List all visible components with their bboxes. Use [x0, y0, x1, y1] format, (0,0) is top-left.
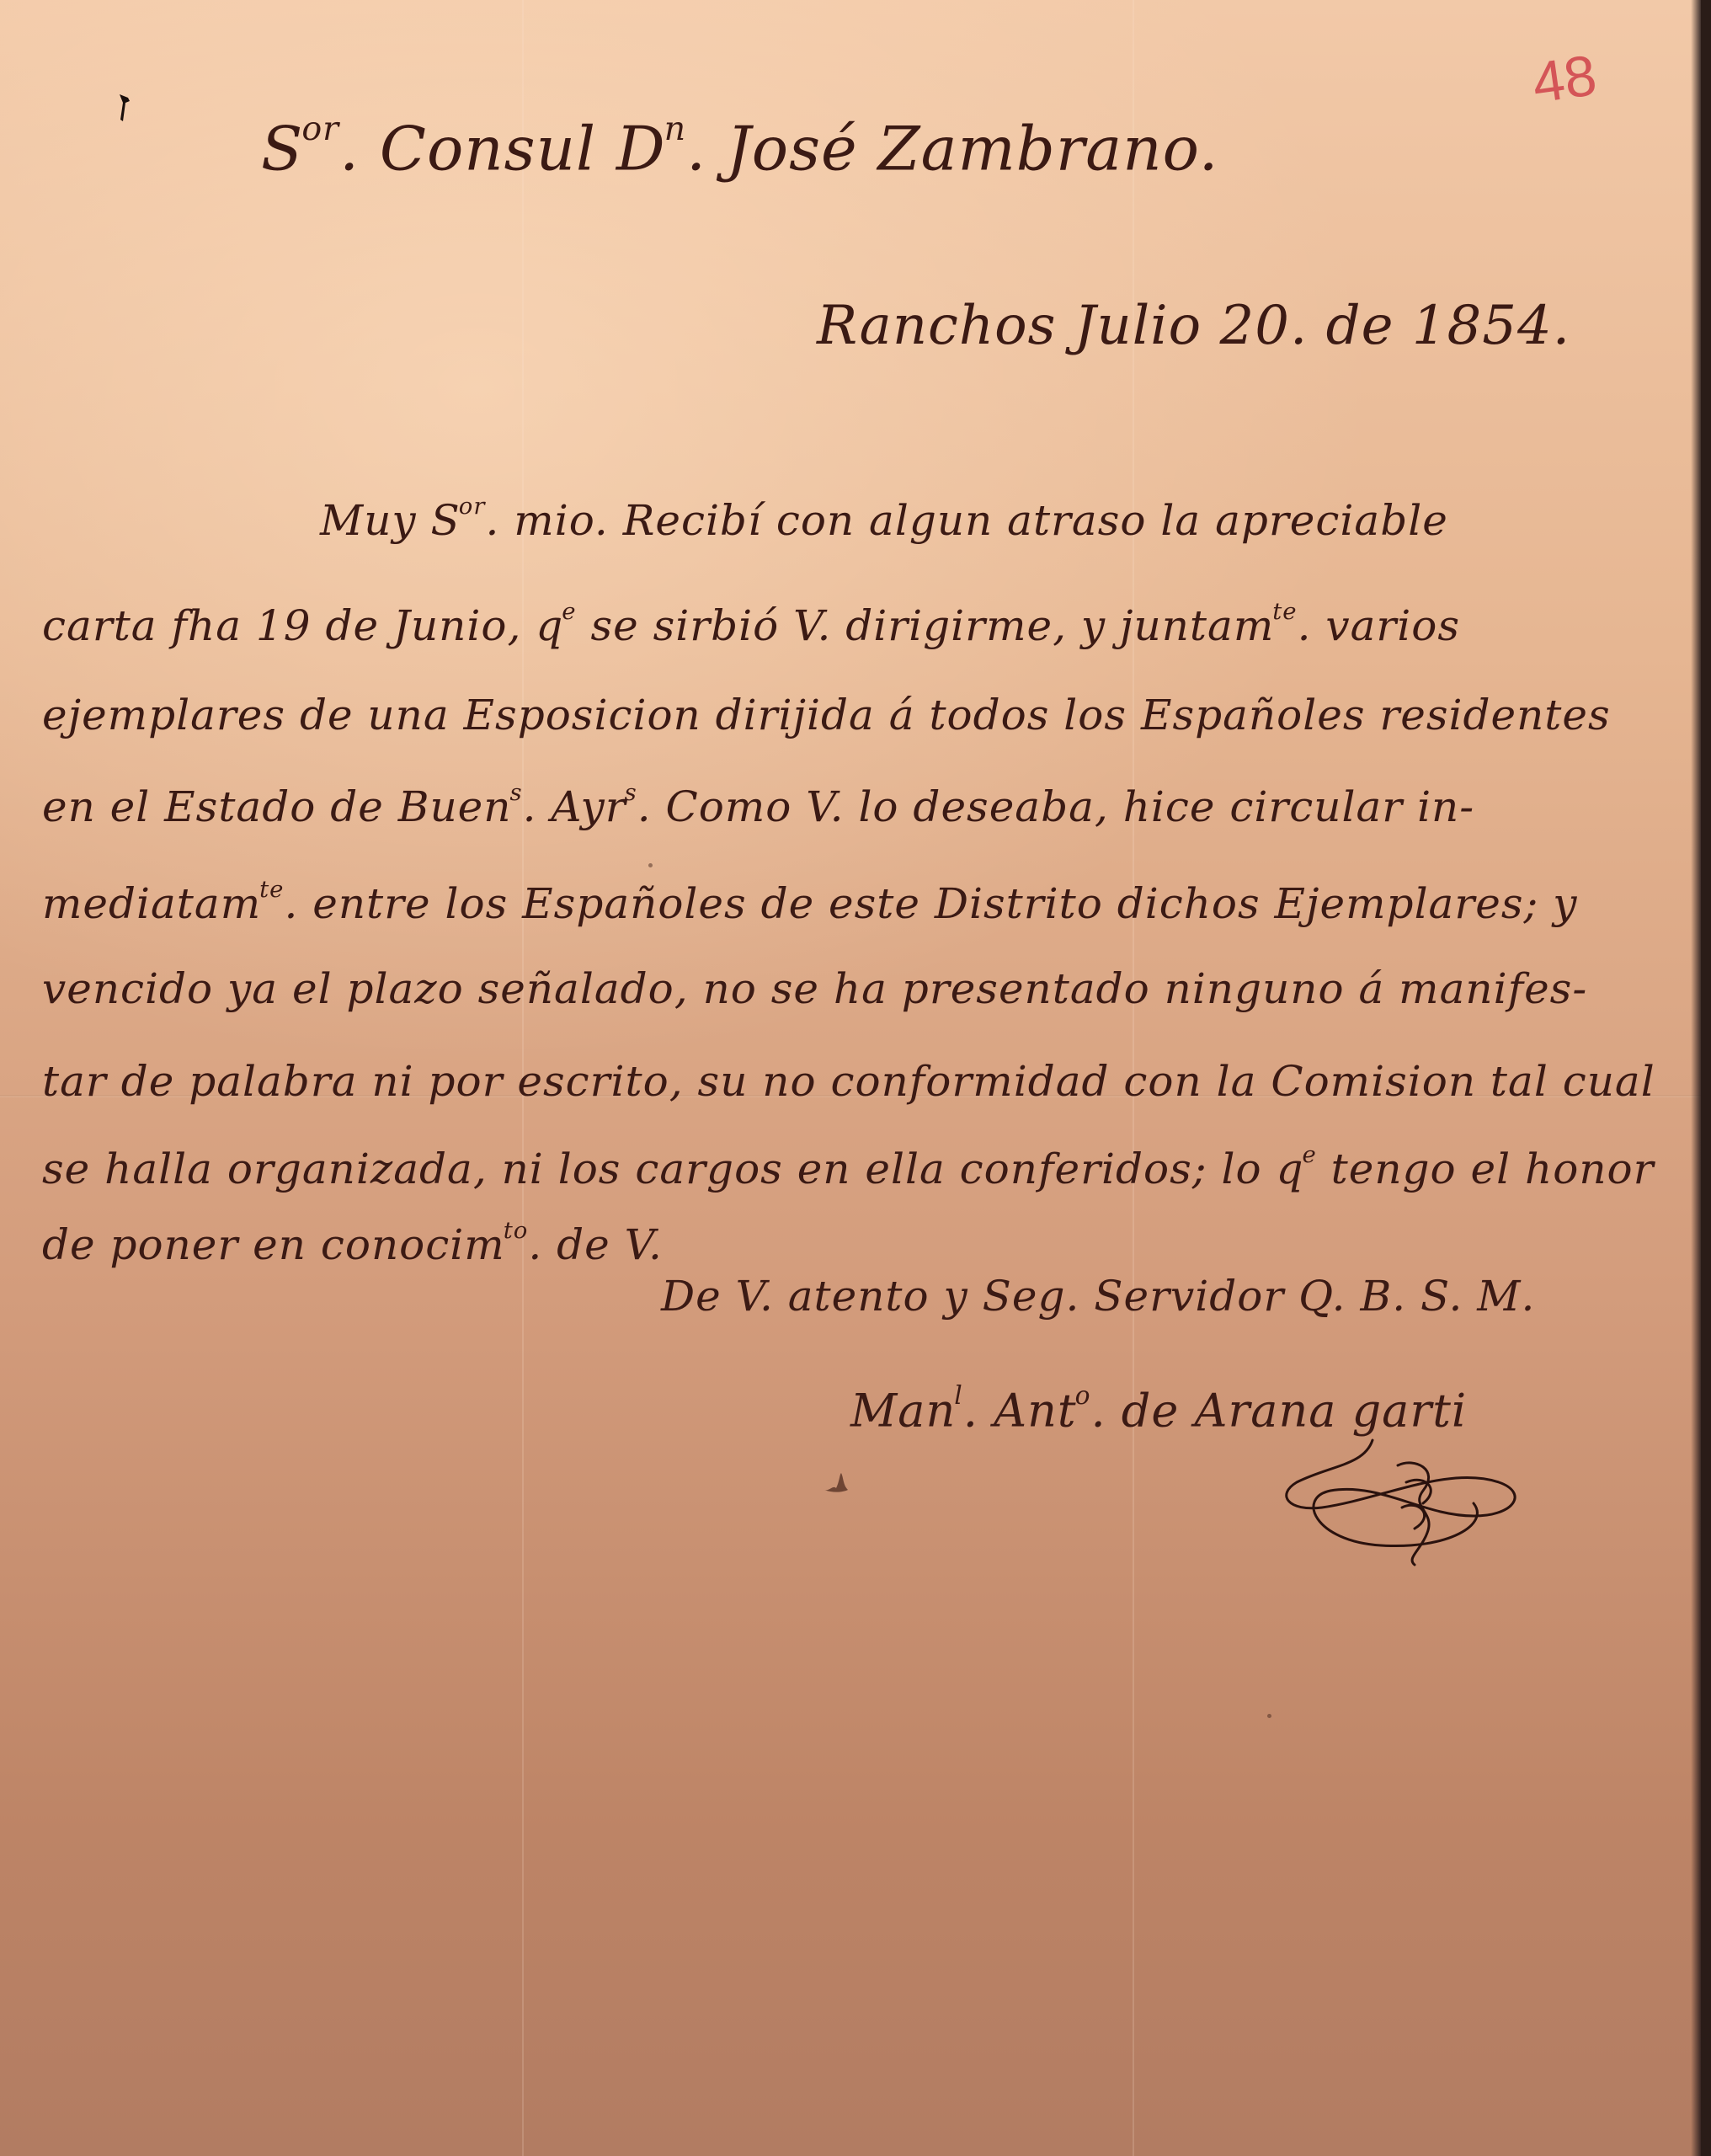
body-line-3: ejemplares de una Esposicion dirijida á …	[42, 691, 1611, 739]
body-text: Muy S	[320, 496, 461, 545]
body-line-2: carta fha 19 de Junio, qe se sirbió V. d…	[42, 598, 1460, 650]
body-sup: to	[504, 1217, 529, 1244]
place-date: Ranchos Julio 20. de 1854.	[817, 295, 1570, 357]
addressee-don-sup: n	[664, 109, 687, 148]
body-text: vencido ya el plazo señalado, no se ha p…	[42, 964, 1587, 1013]
signature-rubric-icon	[1280, 1432, 1532, 1566]
closing-formula: De V. atento y Seg. Servidor Q. B. S. M.	[661, 1272, 1535, 1321]
body-sup: or	[459, 493, 486, 520]
signature-text: . de Arana garti	[1090, 1385, 1467, 1438]
body-text: tar de palabra ni por escrito, su no con…	[42, 1057, 1655, 1106]
addressee-title-sup: or	[301, 109, 339, 148]
page-edge-shadow	[1691, 0, 1701, 2156]
body-text: mediatam	[42, 879, 261, 928]
body-text: . mio. Recibí con algun atraso la apreci…	[486, 496, 1448, 545]
letter-page: 48 Sor. Consul Dn. José Zambrano. Rancho…	[0, 0, 1701, 2156]
body-text: ejemplares de una Esposicion dirijida á …	[42, 691, 1611, 739]
folio-number: 48	[1528, 42, 1601, 116]
signature-sup: o	[1075, 1381, 1091, 1411]
body-sup: e	[1302, 1141, 1316, 1168]
signature-text: . Ant	[963, 1385, 1077, 1438]
body-text: tengo el honor	[1317, 1145, 1655, 1193]
body-line-6: vencido ya el plazo señalado, no se ha p…	[42, 964, 1587, 1013]
body-text: en el Estado de Buen	[42, 782, 511, 831]
body-text: . Como V. lo deseaba, hice circular in-	[637, 782, 1474, 831]
addressee-name: . José Zambrano.	[686, 114, 1218, 184]
signature-text: Man	[850, 1385, 956, 1438]
body-text: . entre los Españoles de este Distrito d…	[284, 879, 1577, 928]
body-text: carta fha 19 de Junio, q	[42, 601, 563, 650]
body-sup: s	[625, 779, 637, 806]
body-text: . Ayr	[523, 782, 626, 831]
body-sup: te	[1272, 598, 1297, 625]
body-text: . de V.	[528, 1220, 663, 1269]
body-sup: e	[562, 598, 576, 625]
body-text: de poner en conocim	[42, 1220, 505, 1269]
body-sup: s	[509, 779, 522, 806]
addressee-role: . Consul D	[339, 114, 666, 184]
body-line-5: mediatamte. entre los Españoles de este …	[42, 876, 1578, 928]
body-line-1: Muy Sor. mio. Recibí con algun atraso la…	[320, 493, 1448, 545]
body-line-7: tar de palabra ni por escrito, su no con…	[42, 1057, 1655, 1106]
addressee-title: S	[261, 114, 303, 184]
paper-speck	[648, 863, 653, 867]
body-line-9: de poner en conocimto. de V.	[42, 1217, 663, 1269]
signature: Manl. Anto. de Arana garti	[850, 1381, 1467, 1438]
body-line-8: se halla organizada, ni los cargos en el…	[42, 1141, 1655, 1193]
body-text: se halla organizada, ni los cargos en el…	[42, 1145, 1303, 1193]
pin-hole-icon	[118, 91, 131, 125]
body-sup: te	[259, 876, 284, 903]
paper-speck	[1267, 1714, 1271, 1718]
addressee-line: Sor. Consul Dn. José Zambrano.	[261, 109, 1219, 184]
body-text: . varios	[1298, 601, 1461, 650]
ink-blot-icon	[821, 1470, 855, 1495]
body-text: se sirbió V. dirigirme, y juntam	[577, 601, 1275, 650]
signature-sup: l	[954, 1381, 963, 1411]
body-line-4: en el Estado de Buens. Ayrs. Como V. lo …	[42, 779, 1474, 831]
